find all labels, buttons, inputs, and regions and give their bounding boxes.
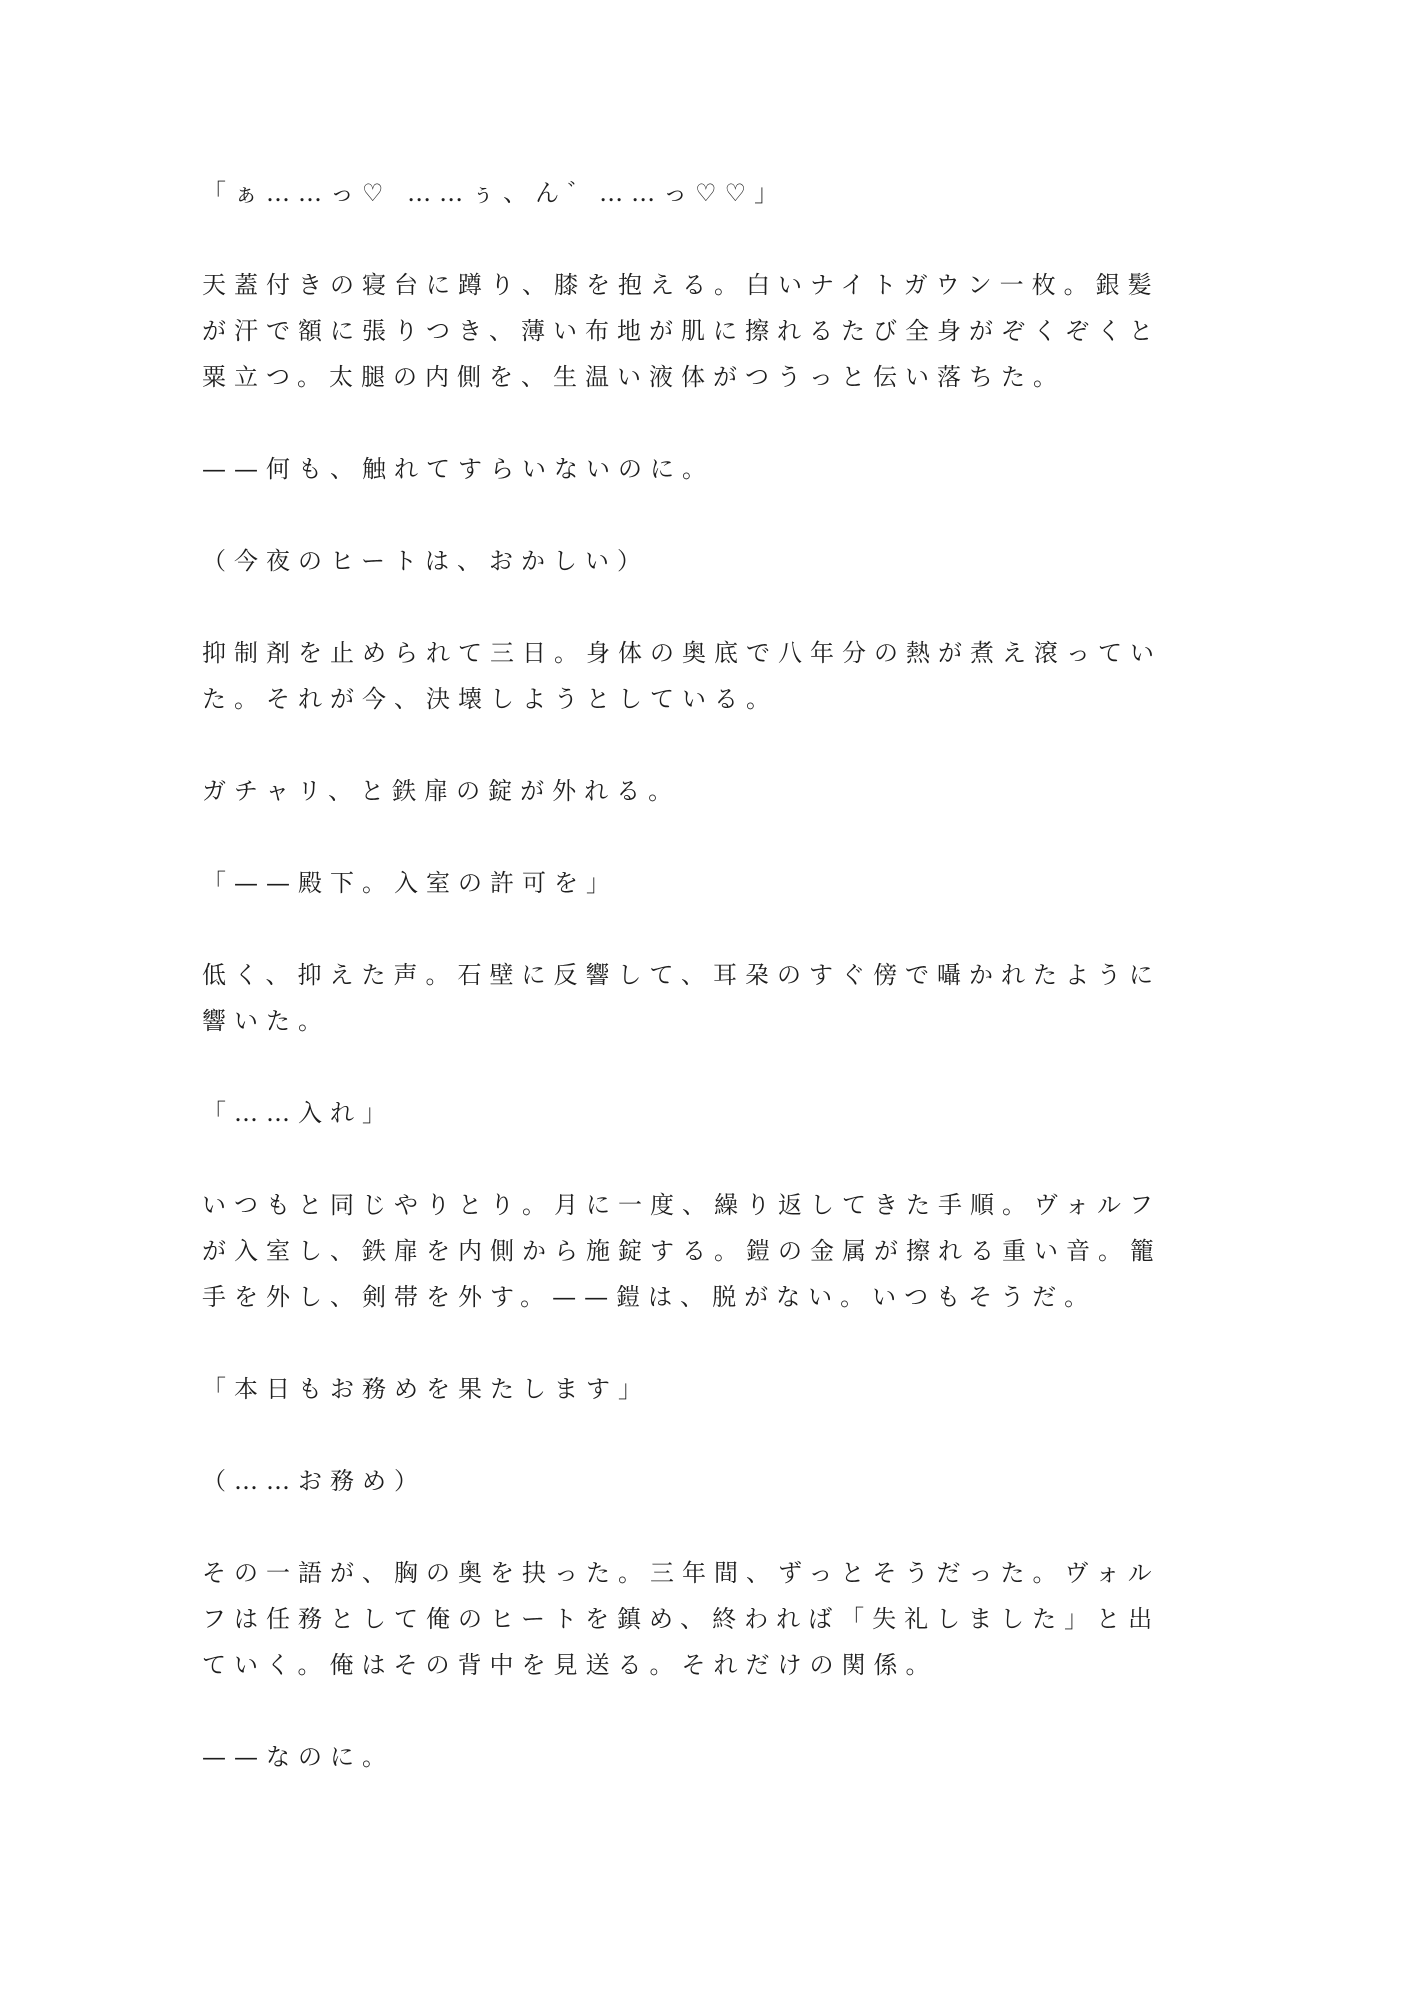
paragraph-enter: 「……入れ」 (202, 1090, 1172, 1136)
paragraph-low-voice: 低く、抑えた声。石壁に反響して、耳朶のすぐ傍で囁かれたように 響いた。 (202, 952, 1172, 1044)
document-page: 「ぁ……っ♡ ……ぅ、ん゛……っ♡♡」 天蓋付きの寝台に蹲り、膝を抱える。白いナ… (202, 170, 1172, 1780)
paragraph-relationship: その一語が、胸の奥を抉った。三年間、ずっとそうだった。ヴォル フは任務として俺の… (202, 1550, 1172, 1688)
paragraph-duty-thought: （……お務め） (202, 1458, 1172, 1504)
paragraph-moan-dialogue: 「ぁ……っ♡ ……ぅ、ん゛……っ♡♡」 (202, 170, 1172, 216)
paragraph-routine: いつもと同じやりとり。月に一度、繰り返してきた手順。ヴォルフ が入室し、鉄扉を内… (202, 1182, 1172, 1320)
paragraph-duty-dialogue: 「本日もお務めを果たします」 (202, 1366, 1172, 1412)
paragraph-untouched: ——何も、触れてすらいないのに。 (202, 446, 1172, 492)
paragraph-and-yet: ——なのに。 (202, 1734, 1172, 1780)
paragraph-door-unlock: ガチャリ、と鉄扉の錠が外れる。 (202, 768, 1172, 814)
paragraph-canopy-bed: 天蓋付きの寝台に蹲り、膝を抱える。白いナイトガウン一枚。銀髪 が汗で額に張りつき… (202, 262, 1172, 400)
paragraph-heat-thought: （今夜のヒートは、おかしい） (202, 538, 1172, 584)
paragraph-suppressant: 抑制剤を止められて三日。身体の奥底で八年分の熱が煮え滾ってい た。それが今、決壊… (202, 630, 1172, 722)
paragraph-permission-request: 「——殿下。入室の許可を」 (202, 860, 1172, 906)
